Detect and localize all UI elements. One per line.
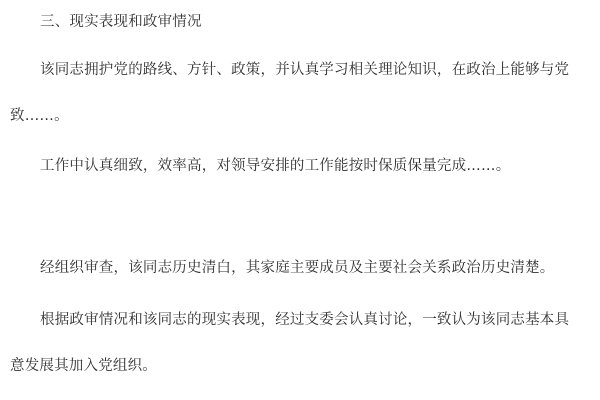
paragraph-conclusion-line2: 意发展其加入党组织。 (10, 356, 157, 376)
paragraph-political-line2: 致……。 (10, 106, 69, 126)
section-heading: 三、现实表现和政审情况 (40, 12, 202, 32)
paragraph-conclusion-line1: 根据政审情况和该同志的现实表现，经过支委会认真讨论，一致认为该同志基本具 (40, 310, 569, 330)
paragraph-review: 经组织审查，该同志历史清白，其家庭主要成员及主要社会关系政治历史清楚。 (40, 258, 555, 278)
paragraph-work: 工作中认真细致，效率高，对领导安排的工作能按时保质保量完成……。 (40, 156, 510, 176)
paragraph-political-line1: 该同志拥护党的路线、方针、政策，并认真学习相关理论知识，在政治上能够与党 (40, 60, 569, 80)
